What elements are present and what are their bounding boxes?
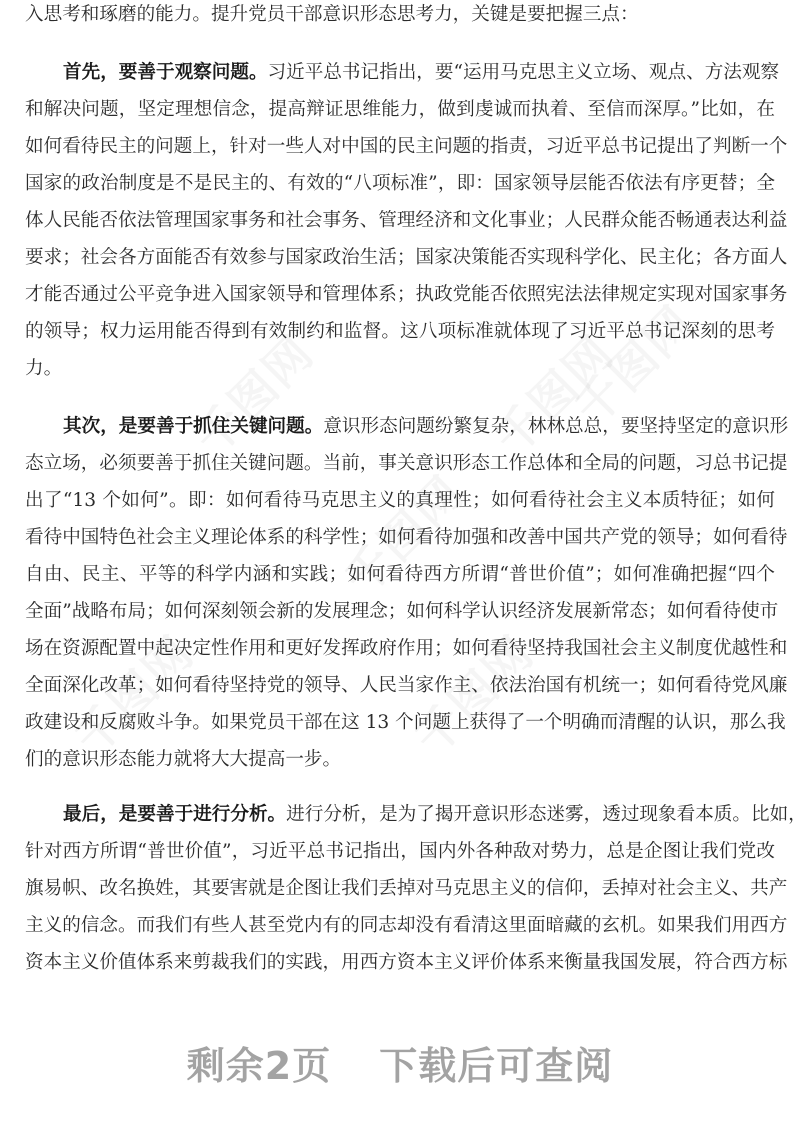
paragraph-line: 主义的信念。而我们有些人甚至党内有的同志却没有看清这里面暗藏的玄机。如果我们用西… (25, 911, 775, 941)
paragraph-line: 全面深化改革；如何看待坚持党的领导、人民当家作主、依法治国有机统一；如何看待党风… (25, 671, 775, 701)
paragraph-line: 出了“13 个如何”。即：如何看待马克思主义的真理性；如何看待社会主义本质特征；… (25, 486, 775, 516)
paragraph-first-line: 首先，要善于观察问题。习近平总书记指出，要“运用马克思主义立场、观点、方法观察 (63, 58, 775, 88)
paragraph-line: 要求；社会各方面能否有效参与国家政治生活；国家决策能否实现科学化、民主化；各方面… (25, 243, 775, 273)
paragraph-line: 全面”战略布局；如何深刻领会新的发展理念；如何科学认识经济发展新常态；如何看待使… (25, 597, 775, 627)
paragraph-line: 针对西方所谓“普世价值”，习近平总书记指出，国内外各种敌对势力，总是企图让我们党… (25, 837, 775, 867)
paragraph-line: 体人民能否依法管理国家事务和社会事务、管理经济和文化事业；人民群众能否畅通表达利… (25, 206, 775, 236)
paragraph-line: 和解决问题，坚定理想信念，提高辩证思维能力，做到虔诚而执着、至信而深厚。”比如，… (25, 95, 775, 125)
paragraph-line: 国家的政治制度是不是民主的、有效的“八项标准”，即：国家领导层能否依法有序更替；… (25, 169, 775, 199)
paragraph-lead: 其次，是要善于抓住关键问题。 (63, 416, 323, 437)
paragraph-line: 们的意识形态能力就将大大提高一步。 (25, 745, 775, 775)
download-to-read-banner[interactable]: 剩余2页下载后可查阅 (0, 1036, 800, 1096)
paragraph-lead: 最后，是要善于进行分析。 (63, 804, 286, 825)
paragraph-text: 习近平总书记指出，要“运用马克思主义立场、观点、方法观察 (268, 62, 780, 83)
paragraph-line: 如何看待民主的问题上，针对一些人对中国的民主问题的指责，习近平总书记提出了判断一… (25, 132, 775, 162)
paragraph-line: 场在资源配置中起决定性作用和更好发挥政府作用；如何看待坚持我国社会主义制度优越性… (25, 634, 775, 664)
paragraph-first-line: 最后，是要善于进行分析。进行分析，是为了揭开意识形态迷雾，透过现象看本质。比如， (63, 800, 775, 830)
paragraph-line: 入思考和琢磨的能力。提升党员干部意识形态思考力，关键是要把握三点： (25, 0, 775, 30)
paragraph-line: 自由、民主、平等的科学内涵和实践；如何看待西方所谓“普世价值”；如何准确把握“四… (25, 560, 775, 590)
document-page: 千图网 千图网 千图网 千图网 千图网 千图网 入思考和琢磨的能力。提升党员干部… (0, 0, 800, 1141)
paragraph-line: 的领导；权力运用能否得到有效制约和监督。这八项标准就体现了习近平总书记深刻的思考 (25, 317, 775, 347)
paragraph-line: 态立场，必须要善于抓住关键问题。当前，事关意识形态工作总体和全局的问题，习总书记… (25, 449, 775, 479)
paragraph-line: 资本主义价值体系来剪裁我们的实践，用西方资本主义评价体系来衡量我国发展，符合西方… (25, 948, 775, 978)
paragraph-line: 力。 (25, 354, 775, 384)
download-hint-label: 下载后可查阅 (379, 1044, 613, 1088)
paragraph-line: 政建设和反腐败斗争。如果党员干部在这 13 个问题上获得了一个明确而清醒的认识，… (25, 708, 775, 738)
paragraph-text: 进行分析，是为了揭开意识形态迷雾，透过现象看本质。比如， (286, 804, 800, 825)
paragraph-line: 看待中国特色社会主义理论体系的科学性；如何看待加强和改善中国共产党的领导；如何看… (25, 523, 775, 553)
paragraph-text: 意识形态问题纷繁复杂，林林总总，要坚持坚定的意识形 (323, 416, 788, 437)
paragraph-line: 旗易帜、改名换姓，其要害就是企图让我们丢掉对马克思主义的信仰，丢掉对社会主义、共… (25, 874, 775, 904)
paragraph-line: 才能否通过公平竞争进入国家领导和管理体系；执政党能否依照宪法法律规定实现对国家事… (25, 280, 775, 310)
remaining-pages-label: 剩余2页 (187, 1044, 331, 1088)
paragraph-first-line: 其次，是要善于抓住关键问题。意识形态问题纷繁复杂，林林总总，要坚持坚定的意识形 (63, 412, 775, 442)
paragraph-lead: 首先，要善于观察问题。 (63, 62, 268, 83)
